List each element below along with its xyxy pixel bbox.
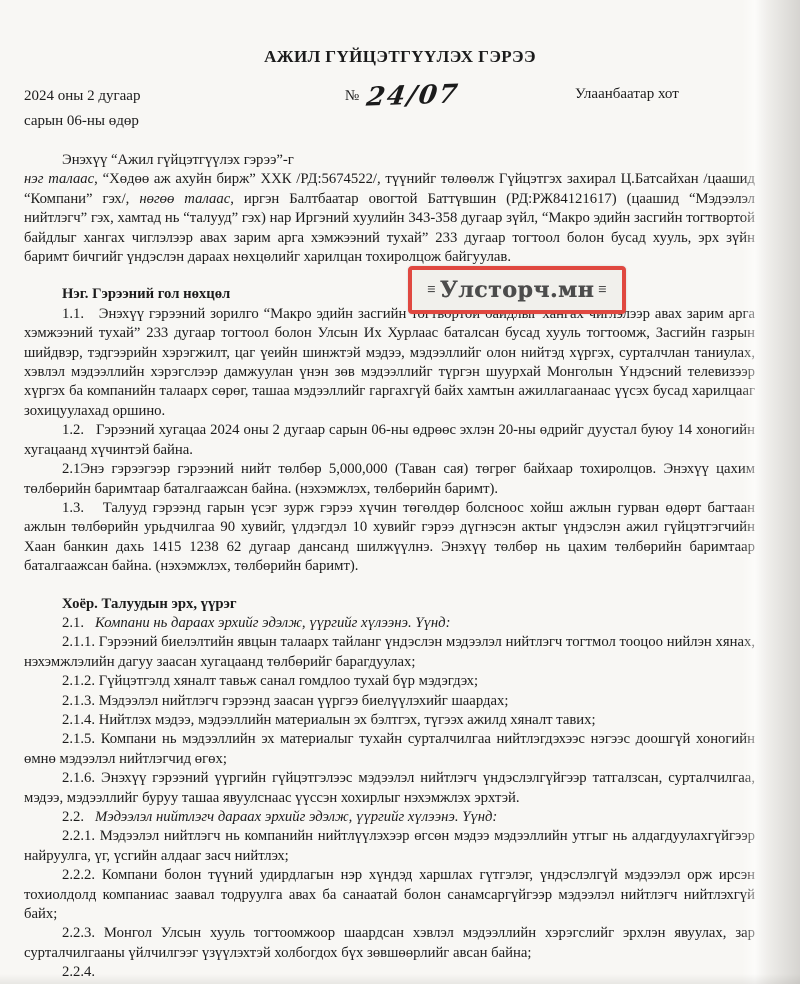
clause-2-1-1: 2.1.1. Гэрээний биелэлтийн явцын талаарх… (24, 633, 755, 672)
clause-2-1-4: 2.1.4. Нийтлэх мэдээ, мэдээллийн материа… (24, 711, 755, 730)
clause-1-3: 1.3. Талууд гэрээнд гарын үсэг зурж гэрэ… (24, 499, 755, 577)
document-title: АЖИЛ ГҮЙЦЭТГҮҮЛЭХ ГЭРЭЭ (0, 0, 800, 67)
clause-2-2-2: 2.2.2. Компани болон түүний удирдлагын н… (24, 866, 755, 924)
section-heading-1: Нэг. Гэрээний гол нөхцөл (24, 285, 755, 304)
clause-2-1-payment: 2.1Энэ гэрээгээр гэрээний нийт төлбөр 5,… (24, 460, 755, 499)
numero-sign: № (345, 84, 359, 105)
clause-2-2-4-clipped: 2.2.4. (24, 963, 755, 982)
intro-first-line: Энэхүү “Ажил гүйцэтгүүлэх гэрээ”-г (24, 151, 755, 170)
watermark-text: Улсторч.мн (440, 277, 594, 303)
document-city: Улаанбаатар хот (575, 84, 755, 103)
watermark-stamp: ≡ Улсторч.мн ≡ (408, 266, 626, 314)
contract-document-page: АЖИЛ ГҮЙЦЭТГҮҮЛЭХ ГЭРЭЭ 2024 оны 2 дугаа… (0, 0, 800, 984)
clause-2-2-1: 2.2.1. Мэдээлэл нийтлэгч нь компанийн ни… (24, 827, 755, 866)
clause-2-1: 2.1. Компани нь дараах эрхийг эдэлж, үүр… (24, 614, 755, 633)
document-number: № 24/07 (229, 84, 575, 111)
date-line-1: 2024 оны 2 дугаар (24, 84, 259, 109)
wing-left-icon: ≡ (427, 283, 436, 298)
date-line-2: сарын 06-ны өдөр (24, 109, 259, 134)
wing-right-icon: ≡ (598, 283, 607, 298)
clause-2-2-3: 2.2.3. Монгол Улсын хууль тогтоомжоор ша… (24, 924, 755, 963)
clause-2-2: 2.2. Мэдээлэл нийтлэгч дараах эрхийг эдэ… (24, 808, 755, 827)
intro-paragraph: нэг талаас, “Хөдөө аж ахуйн бирж” ХХК /Р… (24, 170, 755, 267)
section-heading-2: Хоёр. Талуудын эрх, үүрэг (24, 595, 755, 614)
clause-1-1: 1.1. Энэхүү гэрээний зорилго “Макро эдий… (24, 305, 755, 421)
document-number-handwritten: 24/07 (365, 79, 462, 112)
document-date: 2024 оны 2 дугаар сарын 06-ны өдөр (24, 84, 259, 134)
document-body: Энэхүү “Ажил гүйцэтгүүлэх гэрээ”-гнэг та… (24, 151, 755, 983)
clause-2-1-6: 2.1.6. Энэхүү гэрээний үүргийн гүйцэтгэл… (24, 769, 755, 808)
clause-2-1-5: 2.1.5. Компани нь мэдээллийн эх материал… (24, 730, 755, 769)
document-header-row: 2024 оны 2 дугаар сарын 06-ны өдөр № 24/… (24, 84, 755, 134)
clause-2-1-2: 2.1.2. Гүйцэтгэлд хяналт тавьж санал гом… (24, 672, 755, 691)
clause-2-1-3: 2.1.3. Мэдээлэл нийтлэгч гэрээнд заасан … (24, 692, 755, 711)
clause-1-2: 1.2. Гэрээний хугацаа 2024 оны 2 дугаар … (24, 421, 755, 460)
